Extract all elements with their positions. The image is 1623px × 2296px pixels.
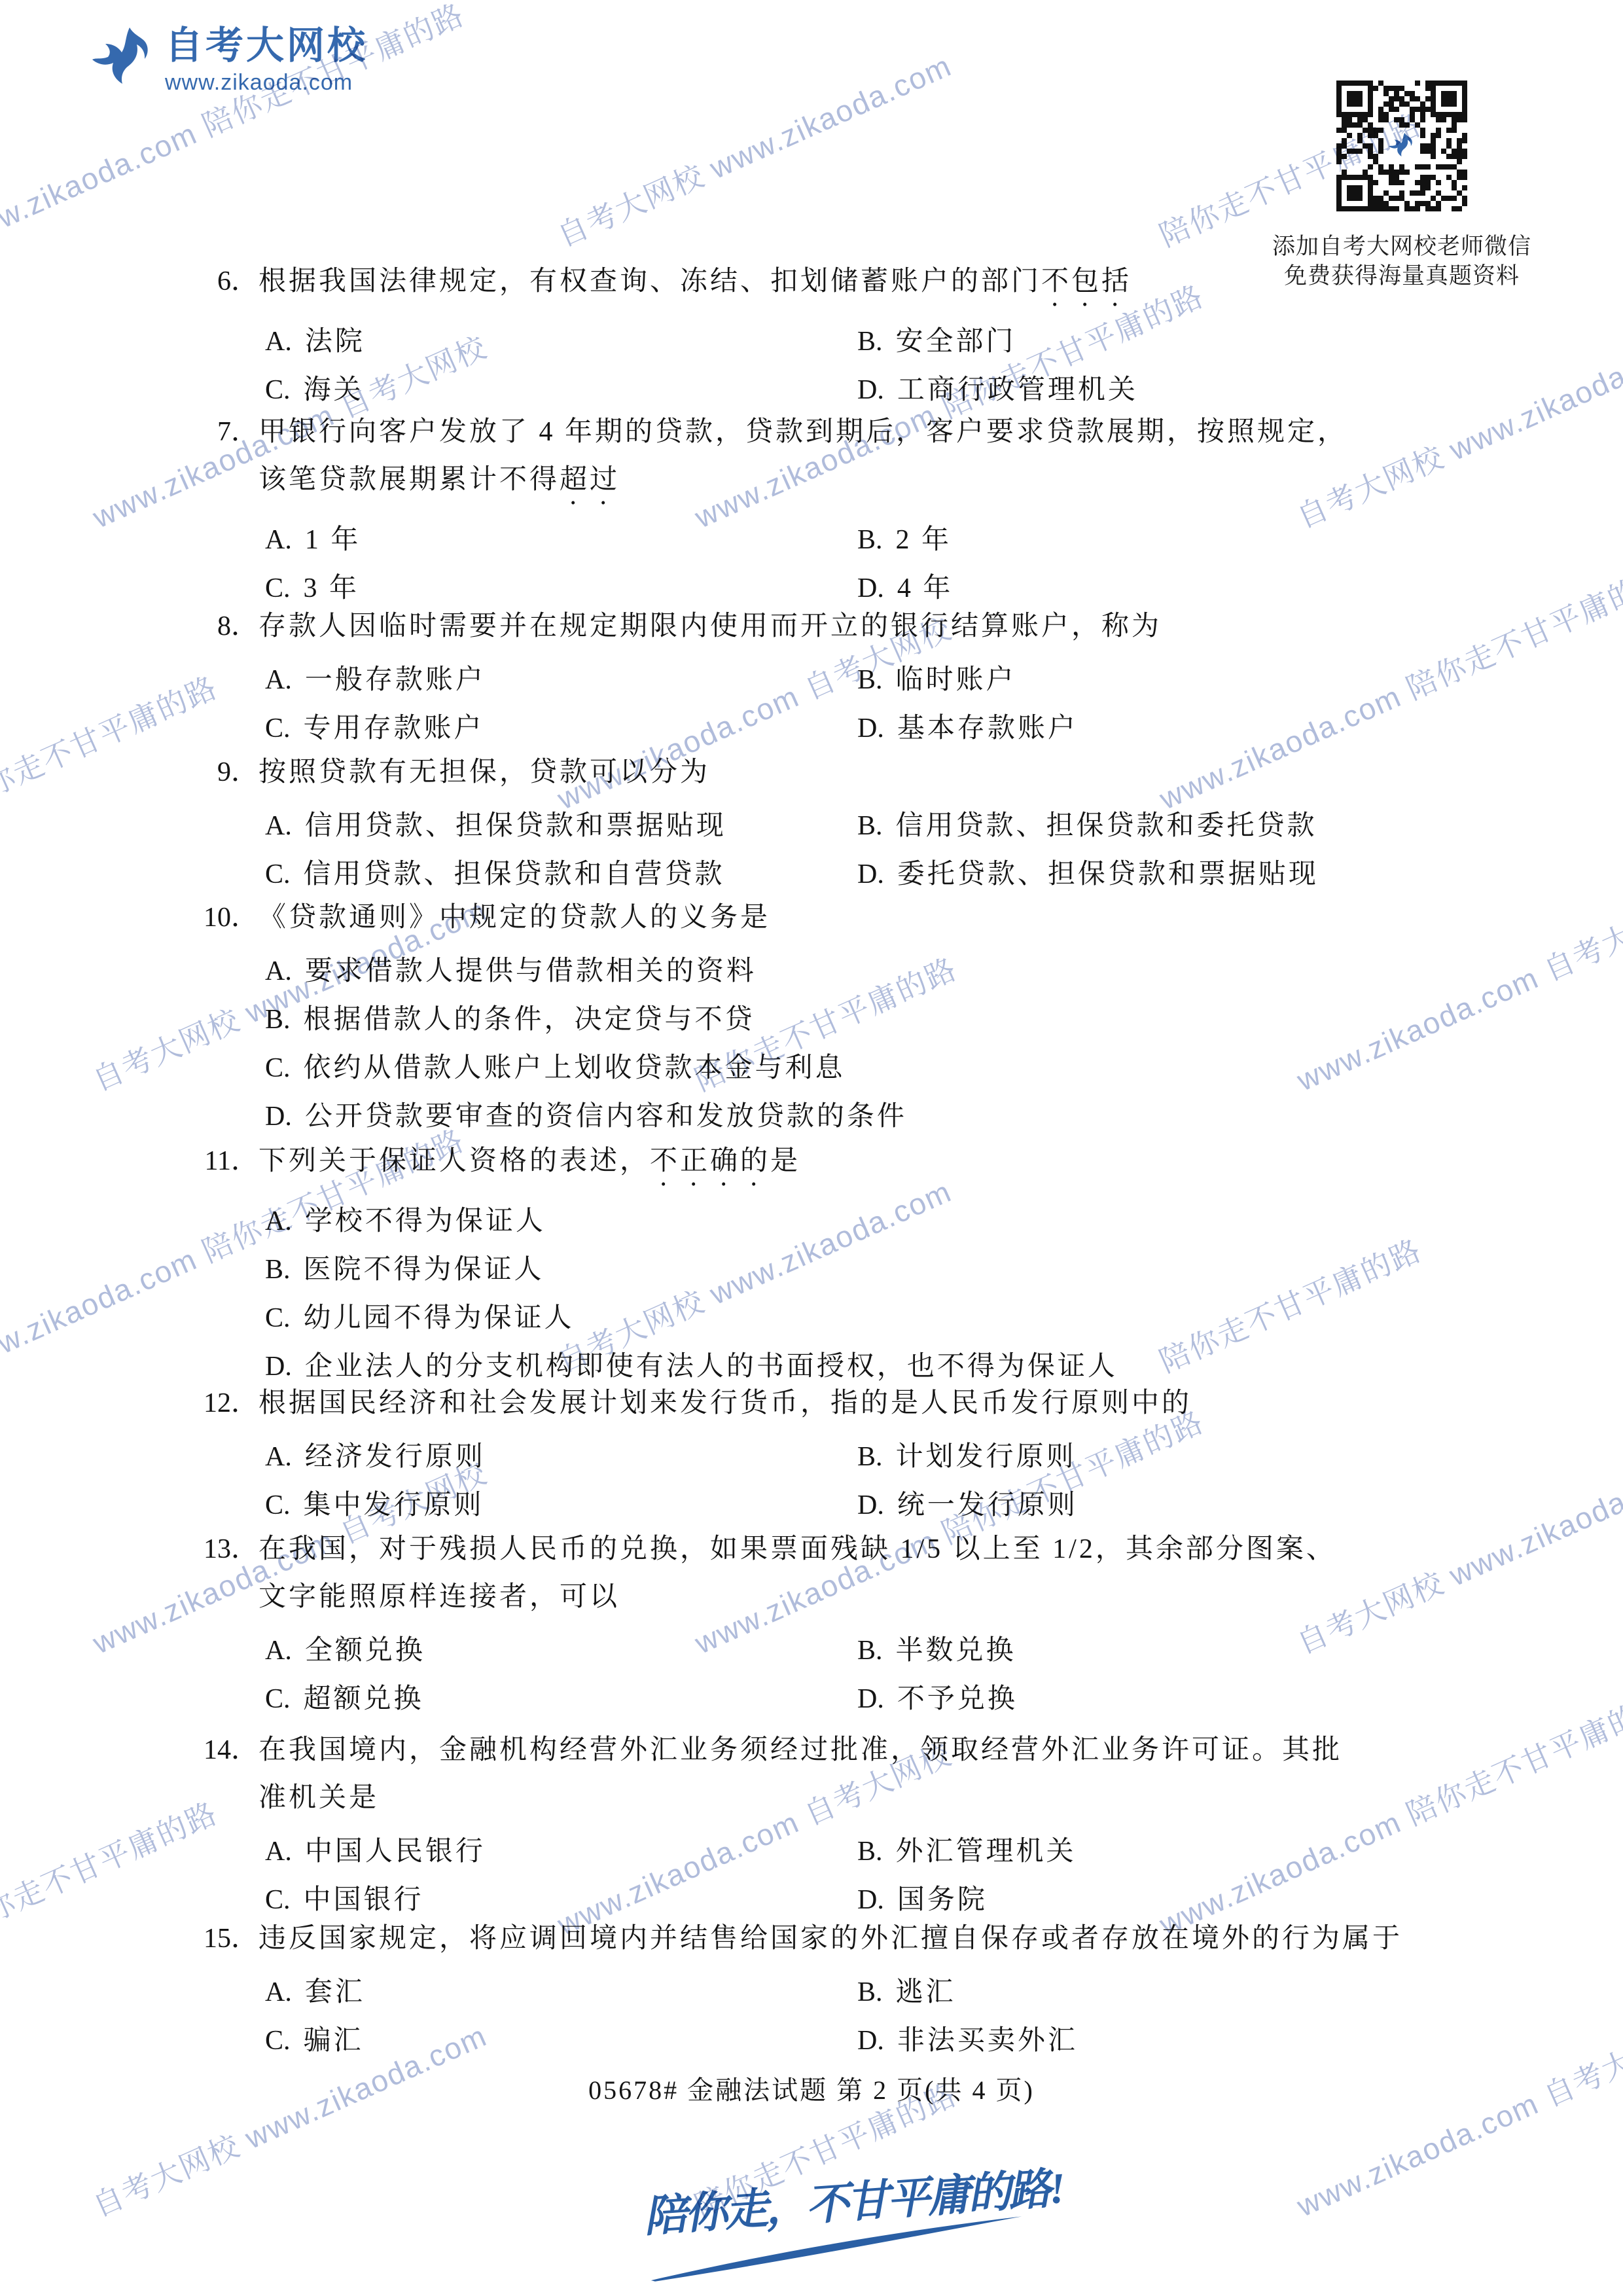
brand-url: www.zikaoda.com [165, 69, 368, 96]
question-stem: 7．甲银行向客户发放了 4 年期的贷款，贷款到期后，客户要求贷款展期，按照规定，… [0, 408, 1623, 511]
question-stem: 15．违反国家规定，将应调回境内并结售给国家的外汇擅自保存或者存放在境外的行为属… [0, 1915, 1623, 1963]
stem-emphasized-text: 不包括 [1041, 266, 1132, 296]
option-text: 中国银行 [304, 1885, 424, 1915]
option-label: B. [857, 1968, 883, 2017]
option-c: C.依约从借款人账户上划收贷款本金与利息 [0, 1044, 846, 1092]
option-text: 专用存款账户 [304, 713, 484, 744]
question-8: 8．存款人因临时需要并在规定期限内使用而开立的银行结算账户，称为A.一般存款账户… [0, 603, 1623, 753]
option-label: A. [265, 1433, 292, 1481]
brand-name: 自考大网校 [165, 25, 368, 67]
question-stem: 12．根据国民经济和社会发展计划来发行货币，指的是人民币发行原则中的 [0, 1380, 1623, 1427]
option-row: C.幼儿园不得为保证人 [0, 1294, 1623, 1342]
option-label: B. [265, 1246, 291, 1294]
option-d: D.不予兑换 [857, 1675, 1018, 1723]
option-text: 信用贷款、担保贷款和委托贷款 [896, 811, 1317, 841]
option-text: 海关 [304, 375, 364, 405]
option-b: B.外汇管理机关 [857, 1827, 1077, 1876]
option-row: A.要求借款人提供与借款相关的资料 [0, 947, 1623, 996]
option-text: 1 年 [305, 525, 361, 555]
option-text: 临时账户 [896, 665, 1016, 695]
option-text: 信用贷款、担保贷款和自营贷款 [304, 859, 725, 889]
option-label: D. [857, 366, 884, 414]
option-text: 统一发行原则 [897, 1490, 1078, 1520]
stem-text: 根据我国法律规定，有权查询、冻结、扣划储蓄账户的部门 [259, 266, 1041, 296]
question-11: 11．下列关于保证人资格的表述，不正确的是A.学校不得为保证人B.医院不得为保证… [0, 1138, 1623, 1391]
option-a: A.法院 [0, 317, 365, 366]
option-row: A.套汇B.逃汇 [0, 1968, 1623, 2017]
option-d: D.非法买卖外汇 [857, 2017, 1078, 2065]
option-row: D.公开贷款要审查的资信内容和发放贷款的条件 [0, 1092, 1623, 1141]
option-label: B. [857, 1827, 883, 1876]
qr-caption-line1: 添加自考大网校老师微信 [1251, 232, 1552, 261]
option-d: D.工商行政管理机关 [857, 366, 1138, 414]
exam-page: 自考大网校 www.zikaoda.com 添加自考大网校老师微信 免费获得海量… [0, 0, 1623, 2296]
bird-logo-icon [1388, 132, 1416, 160]
stem-text: 存款人因临时需要并在规定期限内使用而开立的银行结算账户，称为 [259, 611, 1162, 641]
option-row: A.中国人民银行B.外汇管理机关 [0, 1827, 1623, 1876]
option-a: A.要求借款人提供与借款相关的资料 [0, 947, 757, 996]
option-a: A.中国人民银行 [0, 1827, 486, 1876]
stem-text: 是 [770, 1146, 800, 1176]
option-label: C. [265, 1675, 291, 1723]
option-label: C. [265, 1294, 291, 1342]
option-b: B.逃汇 [857, 1968, 956, 2017]
question-stem: 11．下列关于保证人资格的表述，不正确的是 [0, 1138, 1623, 1192]
option-text: 安全部门 [896, 327, 1016, 357]
stem-text: 《贷款通则》中规定的贷款人的义务是 [259, 903, 770, 933]
option-label: A. [265, 1626, 292, 1675]
option-text: 计划发行原则 [896, 1442, 1077, 1472]
qr-finder-icon [1431, 81, 1467, 117]
qr-center-logo [1383, 128, 1420, 164]
option-row: C.依约从借款人账户上划收贷款本金与利息 [0, 1044, 1623, 1092]
question-15: 15．违反国家规定，将应调回境内并结售给国家的外汇擅自保存或者存放在境外的行为属… [0, 1915, 1623, 2065]
option-label: C. [265, 850, 291, 899]
option-text: 套汇 [305, 1977, 365, 2007]
question-number: 7． [196, 408, 259, 456]
qr-finder-icon [1336, 81, 1373, 117]
option-label: D. [857, 2017, 884, 2065]
question-number: 13． [196, 1526, 259, 1573]
question-stem: 6．根据我国法律规定，有权查询、冻结、扣划储蓄账户的部门不包括 [0, 258, 1623, 312]
option-b: B.安全部门 [857, 317, 1016, 366]
option-c: C.信用贷款、担保贷款和自营贷款 [0, 850, 725, 899]
option-text: 经济发行原则 [305, 1442, 486, 1472]
question-6: 6．根据我国法律规定，有权查询、冻结、扣划储蓄账户的部门不包括A.法院B.安全部… [0, 258, 1623, 414]
option-row: C.超额兑换D.不予兑换 [0, 1675, 1623, 1723]
option-row: C.海关D.工商行政管理机关 [0, 366, 1623, 414]
option-label: A. [265, 516, 292, 564]
option-label: C. [265, 366, 291, 414]
question-14: 14．在我国境内，金融机构经营外汇业务须经过批准，领取经营外汇业务许可证。其批准… [0, 1727, 1623, 1924]
option-text: 骗汇 [304, 2026, 364, 2056]
option-label: A. [265, 947, 292, 996]
option-label: D. [857, 850, 884, 899]
option-row: B.医院不得为保证人 [0, 1246, 1623, 1294]
option-text: 法院 [305, 327, 365, 357]
stem-text: 文字能照原样连接者，可以 [259, 1582, 620, 1612]
option-label: D. [857, 704, 884, 753]
option-row: A.全额兑换B.半数兑换 [0, 1626, 1623, 1675]
option-row: A.经济发行原则B.计划发行原则 [0, 1433, 1623, 1481]
question-stem: 13．在我国，对于残损人民币的兑换，如果票面残缺 1/5 以上至 1/2，其余部… [0, 1526, 1623, 1621]
question-stem: 9．按照贷款有无担保，贷款可以分为 [0, 749, 1623, 797]
bird-logo-icon [90, 25, 156, 93]
option-label: A. [265, 1968, 292, 2017]
question-number: 11． [196, 1138, 259, 1185]
option-b: B.医院不得为保证人 [0, 1246, 544, 1294]
option-text: 国务院 [897, 1885, 988, 1915]
option-label: B. [857, 516, 883, 564]
option-row: A.法院B.安全部门 [0, 317, 1623, 366]
option-c: C.超额兑换 [0, 1675, 424, 1723]
option-a: A.1 年 [0, 516, 361, 564]
option-label: C. [265, 704, 291, 753]
question-9: 9．按照贷款有无担保，贷款可以分为A.信用贷款、担保贷款和票据贴现B.信用贷款、… [0, 749, 1623, 899]
question-number: 12． [196, 1380, 259, 1427]
option-label: B. [857, 802, 883, 850]
stem-text: 甲银行向客户发放了 4 年期的贷款，贷款到期后，客户要求贷款展期，按照规定， [259, 417, 1347, 447]
option-text: 医院不得为保证人 [304, 1255, 544, 1285]
option-text: 中国人民银行 [305, 1837, 486, 1867]
option-text: 全额兑换 [305, 1636, 425, 1666]
option-b: B.根据借款人的条件，决定贷与不贷 [0, 996, 755, 1044]
option-text: 公开贷款要审查的资信内容和发放贷款的条件 [305, 1102, 907, 1132]
option-c: C.专用存款账户 [0, 704, 484, 753]
option-label: C. [265, 1481, 291, 1530]
option-text: 外汇管理机关 [896, 1837, 1077, 1867]
option-a: A.套汇 [0, 1968, 365, 2017]
option-label: A. [265, 1197, 292, 1246]
option-text: 超额兑换 [304, 1684, 424, 1714]
option-c: C.幼儿园不得为保证人 [0, 1294, 575, 1342]
option-row: A.学校不得为保证人 [0, 1197, 1623, 1246]
option-b: B.2 年 [857, 516, 952, 564]
option-row: A.1 年B.2 年 [0, 516, 1623, 564]
option-a: A.经济发行原则 [0, 1433, 486, 1481]
option-label: A. [265, 317, 292, 366]
option-text: 逃汇 [896, 1977, 956, 2007]
question-number: 14． [196, 1727, 259, 1774]
option-label: D. [265, 1092, 292, 1141]
option-a: A.信用贷款、担保贷款和票据贴现 [0, 802, 726, 850]
question-number: 6． [196, 258, 259, 306]
option-label: B. [857, 1433, 883, 1481]
qr-code [1336, 81, 1467, 211]
stem-emphasized-text: 超过 [560, 465, 620, 495]
option-text: 2 年 [896, 525, 952, 555]
question-stem: 10．《贷款通则》中规定的贷款人的义务是 [0, 894, 1623, 942]
stem-text: 该笔贷款展期累计不得 [259, 465, 560, 495]
stem-text: 准机关是 [259, 1783, 379, 1813]
question-13: 13．在我国，对于残损人民币的兑换，如果票面残缺 1/5 以上至 1/2，其余部… [0, 1526, 1623, 1723]
option-label: A. [265, 1827, 292, 1876]
option-text: 信用贷款、担保贷款和票据贴现 [305, 811, 726, 841]
option-label: B. [265, 996, 291, 1044]
option-text: 根据借款人的条件，决定贷与不贷 [304, 1005, 755, 1035]
qr-finder-icon [1336, 175, 1373, 211]
option-row: C.专用存款账户D.基本存款账户 [0, 704, 1623, 753]
stem-text: 违反国家规定，将应调回境内并结售给国家的外汇擅自保存或者存放在境外的行为属于 [259, 1924, 1402, 1954]
option-label: D. [857, 1675, 884, 1723]
option-row: C.骗汇D.非法买卖外汇 [0, 2017, 1623, 2065]
stem-text: 下列关于保证人资格的表述， [259, 1146, 650, 1176]
question-stem: 14．在我国境内，金融机构经营外汇业务须经过批准，领取经营外汇业务许可证。其批准… [0, 1727, 1623, 1822]
option-text: 幼儿园不得为保证人 [304, 1303, 575, 1333]
question-12: 12．根据国民经济和社会发展计划来发行货币，指的是人民币发行原则中的A.经济发行… [0, 1380, 1623, 1530]
option-text: 3 年 [304, 573, 360, 603]
option-text: 学校不得为保证人 [305, 1206, 546, 1236]
option-row: C.集中发行原则D.统一发行原则 [0, 1481, 1623, 1530]
stem-text: 在我国，对于残损人民币的兑换，如果票面残缺 1/5 以上至 1/2，其余部分图案… [259, 1534, 1336, 1564]
option-b: B.信用贷款、担保贷款和委托贷款 [857, 802, 1317, 850]
option-label: B. [857, 656, 883, 704]
option-text: 一般存款账户 [305, 665, 486, 695]
option-d: D.委托贷款、担保贷款和票据贴现 [857, 850, 1319, 899]
option-label: A. [265, 802, 292, 850]
question-number: 9． [196, 749, 259, 797]
question-number: 15． [196, 1915, 259, 1963]
option-a: A.学校不得为保证人 [0, 1197, 546, 1246]
option-b: B.半数兑换 [857, 1626, 1016, 1675]
option-label: D. [857, 1481, 884, 1530]
option-label: B. [857, 1626, 883, 1675]
option-label: A. [265, 656, 292, 704]
page-footer-line: 05678# 金融法试题 第 2 页(共 4 页) [0, 2070, 1623, 2107]
option-label: B. [857, 317, 883, 366]
option-text: 工商行政管理机关 [897, 375, 1138, 405]
option-label: C. [265, 1044, 291, 1092]
brand-logo: 自考大网校 www.zikaoda.com [90, 25, 368, 96]
footer-slogan: 陪你走，不甘平庸的路! [641, 2154, 1053, 2284]
option-b: B.临时账户 [857, 656, 1016, 704]
option-text: 集中发行原则 [304, 1490, 484, 1520]
option-a: A.全额兑换 [0, 1626, 425, 1675]
option-text: 非法买卖外汇 [897, 2026, 1078, 2056]
question-number: 10． [196, 894, 259, 942]
option-row: A.一般存款账户B.临时账户 [0, 656, 1623, 704]
option-row: A.信用贷款、担保贷款和票据贴现B.信用贷款、担保贷款和委托贷款 [0, 802, 1623, 850]
stem-text: 按照贷款有无担保，贷款可以分为 [259, 757, 710, 787]
option-text: 要求借款人提供与借款相关的资料 [305, 956, 757, 986]
option-label: C. [265, 2017, 291, 2065]
option-row: B.根据借款人的条件，决定贷与不贷 [0, 996, 1623, 1044]
option-text: 企业法人的分支机构即使有法人的书面授权，也不得为保证人 [305, 1352, 1118, 1382]
option-text: 半数兑换 [896, 1636, 1016, 1666]
option-text: 委托贷款、担保贷款和票据贴现 [897, 859, 1319, 889]
stem-text: 根据国民经济和社会发展计划来发行货币，指的是人民币发行原则中的 [259, 1388, 1192, 1418]
option-text: 依约从借款人账户上划收贷款本金与利息 [304, 1053, 846, 1083]
option-text: 基本存款账户 [897, 713, 1078, 744]
option-text: 4 年 [897, 573, 954, 603]
option-c: C.集中发行原则 [0, 1481, 484, 1530]
question-stem: 8．存款人因临时需要并在规定期限内使用而开立的银行结算账户，称为 [0, 603, 1623, 651]
option-d: D.基本存款账户 [857, 704, 1078, 753]
option-d: D.统一发行原则 [857, 1481, 1078, 1530]
option-row: C.信用贷款、担保贷款和自营贷款D.委托贷款、担保贷款和票据贴现 [0, 850, 1623, 899]
option-text: 不予兑换 [897, 1684, 1018, 1714]
option-d: D.公开贷款要审查的资信内容和发放贷款的条件 [0, 1092, 907, 1141]
question-7: 7．甲银行向客户发放了 4 年期的贷款，贷款到期后，客户要求贷款展期，按照规定，… [0, 408, 1623, 613]
question-number: 8． [196, 603, 259, 651]
option-c: C.骗汇 [0, 2017, 364, 2065]
question-10: 10．《贷款通则》中规定的贷款人的义务是A.要求借款人提供与借款相关的资料B.根… [0, 894, 1623, 1141]
option-c: C.海关 [0, 366, 364, 414]
stem-emphasized-text: 不正确的 [650, 1146, 770, 1176]
option-a: A.一般存款账户 [0, 656, 486, 704]
option-b: B.计划发行原则 [857, 1433, 1077, 1481]
watermark-text: 自考大网校 www.zikaoda.com [550, 42, 957, 255]
stem-text: 在我国境内，金融机构经营外汇业务须经过批准，领取经营外汇业务许可证。其批 [259, 1735, 1342, 1765]
